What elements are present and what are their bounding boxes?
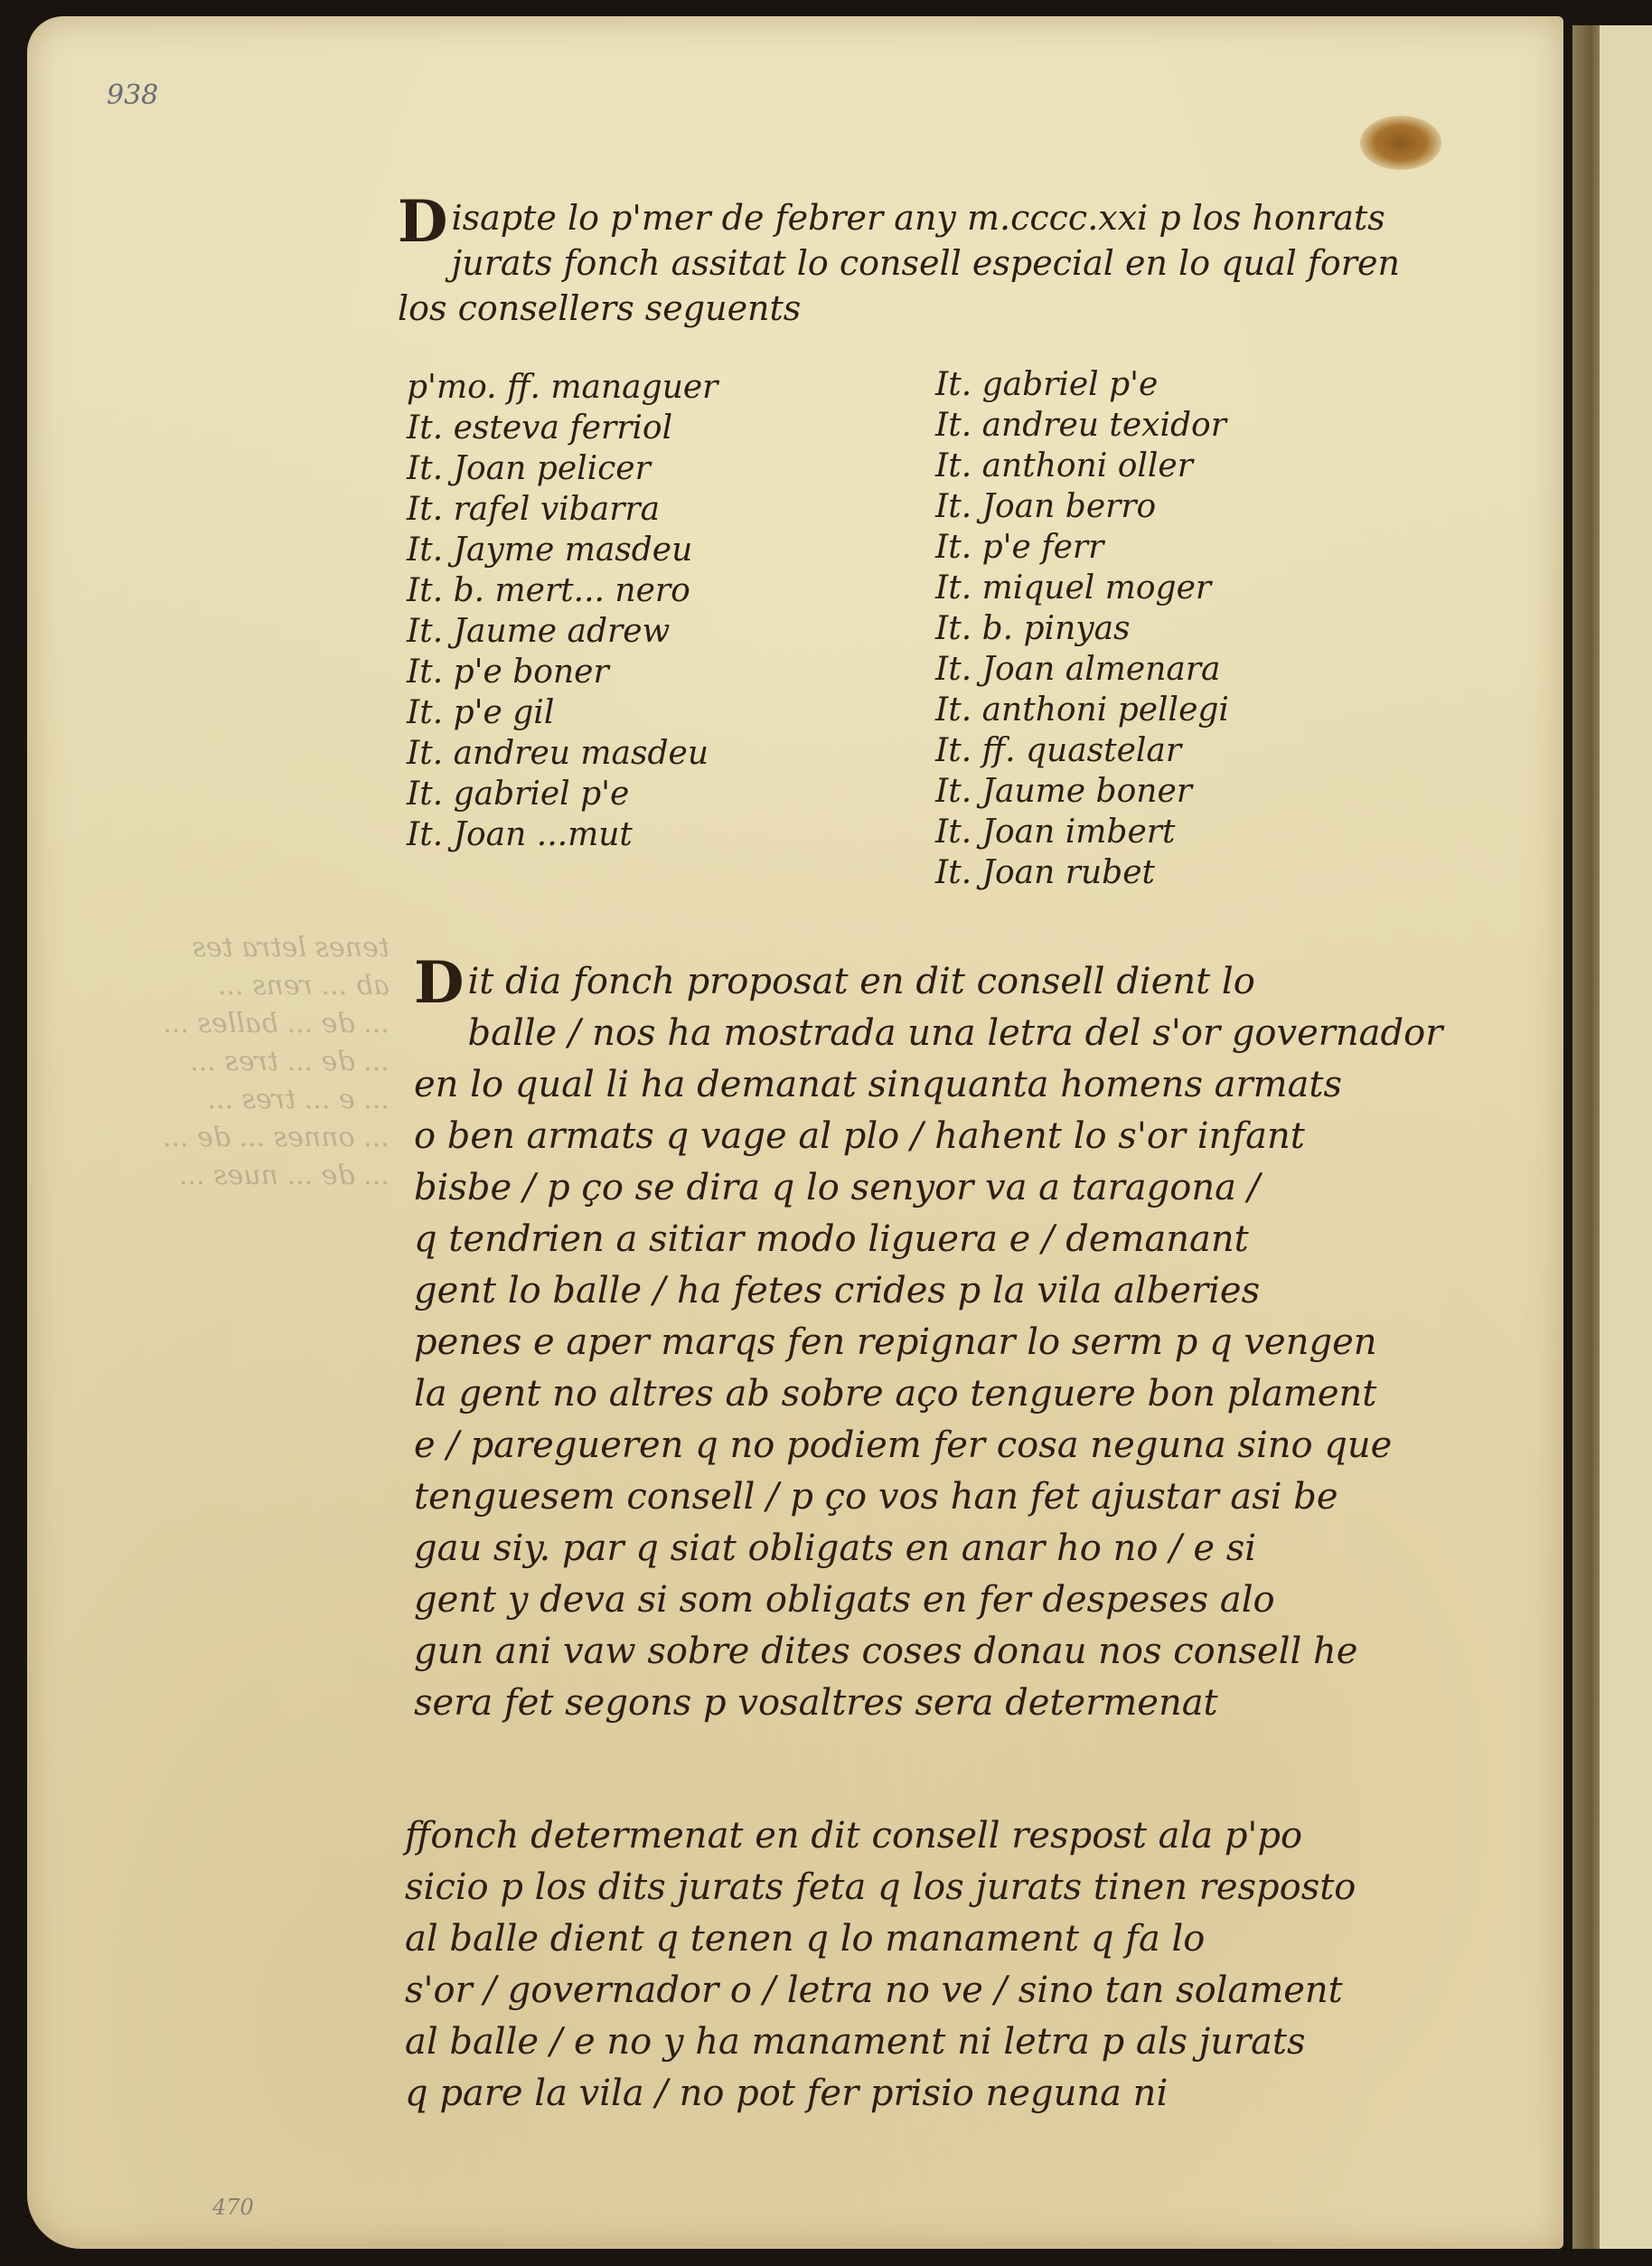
council-member: It. Joan ...mut <box>407 814 718 855</box>
council-member: It. p'e ferr <box>935 527 1229 568</box>
entry-3: ffonch determenat en dit consell respost… <box>405 1810 1356 2120</box>
entry-3-line: s'or / governador o / letra no ve / sino… <box>405 1965 1356 2017</box>
council-member: It. Jaume boner <box>935 771 1229 812</box>
council-member: It. andreu texidor <box>935 405 1229 446</box>
bottom-folio-number: 470 <box>212 2195 254 2220</box>
entry-1: D isapte lo p'mer de febrer any m.cccc.x… <box>398 195 1346 331</box>
entry-2: D it dia fonch proposat en dit consell d… <box>414 956 1392 1729</box>
council-left-column: p'mo. ff. managuer It. esteva ferriol It… <box>407 367 718 855</box>
entry-1-line: los consellers seguents <box>398 286 1346 331</box>
council-member: It. Joan pelicer <box>407 448 718 489</box>
entry-2-line: gun ani vaw sobre dites coses donau nos … <box>414 1626 1392 1678</box>
book-gutter <box>1572 25 1603 2249</box>
ink-stain <box>1360 116 1441 170</box>
bleed-through-text: tenes letra tes ab ... rens ... ... de .… <box>163 929 390 1195</box>
council-member: p'mo. ff. managuer <box>407 367 718 408</box>
entry-2-initial: D <box>414 956 465 1011</box>
council-member: It. esteva ferriol <box>407 408 718 448</box>
entry-2-line: it dia fonch proposat en dit consell die… <box>414 956 1392 1008</box>
entry-2-line: la gent no altres ab sobre aço tenguere … <box>414 1368 1392 1420</box>
adjacent-page-edge <box>1600 25 1652 2249</box>
council-member: It. Jaume adrew <box>407 611 718 652</box>
council-member: It. Joan imbert <box>935 812 1229 852</box>
entry-2-line: en lo qual li ha demanat sinquanta homen… <box>414 1059 1392 1111</box>
council-member: It. Joan almenara <box>935 649 1229 690</box>
council-member: It. anthoni pellegi <box>935 690 1229 730</box>
entry-2-line: q tendrien a sitiar modo liguera e / dem… <box>414 1214 1392 1265</box>
council-member: It. Joan berro <box>935 486 1229 527</box>
council-member: It. p'e gil <box>407 692 718 733</box>
entry-1-initial: D <box>398 195 448 249</box>
manuscript-page: 938 D isapte lo p'mer de febrer any m.cc… <box>27 16 1563 2249</box>
entry-3-line: ffonch determenat en dit consell respost… <box>405 1810 1356 1862</box>
council-member: It. b. pinyas <box>935 608 1229 649</box>
entry-3-line: sicio p los dits jurats feta q los jurat… <box>405 1862 1356 1913</box>
entry-2-line: tenguesem consell / p ço vos han fet aju… <box>414 1471 1392 1523</box>
entry-3-line: q pare la vila / no pot fer prisio negun… <box>405 2068 1356 2120</box>
entry-2-line: gent y deva si som obligats en fer despe… <box>414 1575 1392 1626</box>
entry-1-line: isapte lo p'mer de febrer any m.cccc.xxi… <box>398 195 1346 240</box>
entry-2-line: gau siy. par q siat obligats en anar ho … <box>414 1523 1392 1575</box>
council-member: It. Jayme masdeu <box>407 530 718 570</box>
council-member: It. gabriel p'e <box>935 364 1229 405</box>
council-member: It. p'e boner <box>407 652 718 692</box>
entry-2-line: sera fet segons p vosaltres sera determe… <box>414 1678 1392 1729</box>
council-member: It. gabriel p'e <box>407 774 718 814</box>
folio-number: 938 <box>107 80 158 111</box>
entry-2-line: penes e aper marqs fen repignar lo serm … <box>414 1317 1392 1368</box>
council-right-column: It. gabriel p'e It. andreu texidor It. a… <box>935 364 1229 893</box>
entry-2-line: o ben armats q vage al plo / hahent lo s… <box>414 1111 1392 1162</box>
council-member: It. anthoni oller <box>935 446 1229 486</box>
entry-1-line: jurats fonch assitat lo consell especial… <box>398 240 1346 286</box>
council-member: It. ff. quastelar <box>935 730 1229 771</box>
entry-3-line: al balle / e no y ha manament ni letra p… <box>405 2017 1356 2068</box>
council-member: It. miquel moger <box>935 568 1229 608</box>
entry-3-line: al balle dient q tenen q lo manament q f… <box>405 1913 1356 1965</box>
council-member: It. Joan rubet <box>935 852 1229 893</box>
council-member: It. b. mert... nero <box>407 570 718 611</box>
council-member: It. andreu masdeu <box>407 733 718 774</box>
entry-2-line: e / paregueren q no podiem fer cosa negu… <box>414 1420 1392 1471</box>
council-member: It. rafel vibarra <box>407 489 718 530</box>
entry-2-line: bisbe / p ço se dira q lo senyor va a ta… <box>414 1162 1392 1214</box>
entry-2-line: balle / nos ha mostrada una letra del s'… <box>414 1008 1392 1059</box>
entry-2-line: gent lo balle / ha fetes crides p la vil… <box>414 1265 1392 1317</box>
